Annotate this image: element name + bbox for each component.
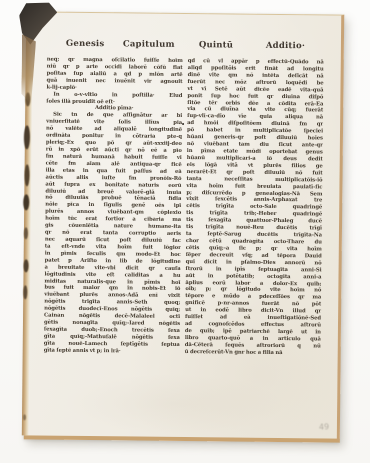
header-additio-label: Additio· — [266, 41, 305, 51]
text-column-left: neq; qr magna oſcilatio fuiſſe hoīmniū q… — [44, 57, 183, 356]
text-columns: neq; qr magna oſcilatio fuiſſe hoīmniū q… — [44, 57, 327, 358]
running-header: Genesis Capitulum Quintū Additio· — [28, 38, 341, 53]
header-chapter-number: Quintū — [199, 40, 233, 50]
header-capitulum-label: Capitulum — [123, 39, 175, 50]
incunable-leaf: Genesis Capitulum Quintū Additio· neq; q… — [24, 11, 344, 442]
binding-remnant-spot — [23, 414, 26, 420]
ink-speck — [182, 123, 184, 125]
pencil-folio-number: 49 — [319, 422, 330, 432]
header-book-title: Genesis — [66, 39, 105, 49]
text-column-right: qd cū vl appār p effectū-Quādo nāaliqd p… — [185, 58, 324, 357]
text-line: gīta ſeptē annis vt p; in lrā· — [44, 347, 180, 355]
paper-stain — [64, 373, 285, 435]
text-line: ū decreſcerūt-Vn gnr hoc a filia nā — [185, 349, 321, 357]
